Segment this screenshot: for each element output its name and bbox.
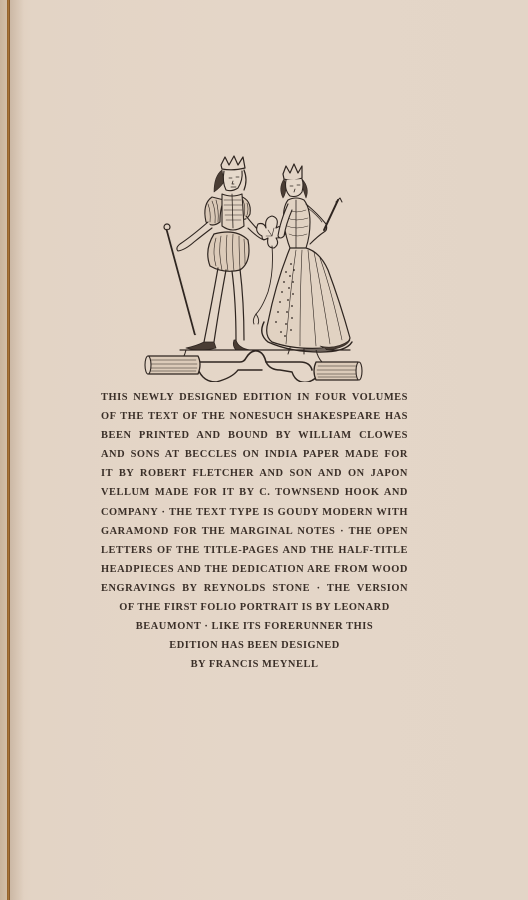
printers-device-king-and-queen-icon	[140, 152, 370, 382]
colophon-line: COMPANY · THE TEXT TYPE IS GOUDY MODERN …	[101, 503, 408, 522]
colophon-line: BEAUMONT · LIKE ITS FORERUNNER THIS	[101, 617, 408, 636]
colophon-line: HEADPIECES AND THE DEDICATION ARE FROM W…	[101, 560, 408, 579]
colophon-line: AND SONS AT BECCLES ON INDIA PAPER MADE …	[101, 445, 408, 464]
book-page: THIS NEWLY DESIGNED EDITION IN FOUR VOLU…	[0, 0, 528, 900]
colophon-line: ENGRAVINGS BY REYNOLDS STONE · THE VERSI…	[101, 579, 408, 598]
queen-figure-icon	[262, 164, 352, 354]
colophon-line: OF THE TEXT OF THE NONESUCH SHAKESPEARE …	[101, 407, 408, 426]
facing-page-edge	[0, 0, 7, 900]
colophon-line: BEEN PRINTED AND BOUND BY WILLIAM CLOWES	[101, 426, 408, 445]
gutter-shadow	[10, 0, 24, 900]
colophon-signature: BY FRANCIS MEYNELL	[101, 655, 408, 674]
colophon-line: VELLUM MADE FOR IT BY C. TOWNSEND HOOK A…	[101, 483, 408, 502]
colophon-line: EDITION HAS BEEN DESIGNED	[101, 636, 408, 655]
colophon-text-block: THIS NEWLY DESIGNED EDITION IN FOUR VOLU…	[101, 388, 408, 674]
scroll-base-icon	[145, 350, 362, 382]
colophon-line: IT BY ROBERT FLETCHER AND SON AND ON JAP…	[101, 464, 408, 483]
colophon-line: THIS NEWLY DESIGNED EDITION IN FOUR VOLU…	[101, 388, 408, 407]
king-figure-icon	[164, 156, 265, 350]
colophon-line: OF THE FIRST FOLIO PORTRAIT IS BY LEONAR…	[101, 598, 408, 617]
colophon-line: LETTERS OF THE TITLE-PAGES AND THE HALF-…	[101, 541, 408, 560]
colophon-line: GARAMOND FOR THE MARGINAL NOTES · THE OP…	[101, 522, 408, 541]
